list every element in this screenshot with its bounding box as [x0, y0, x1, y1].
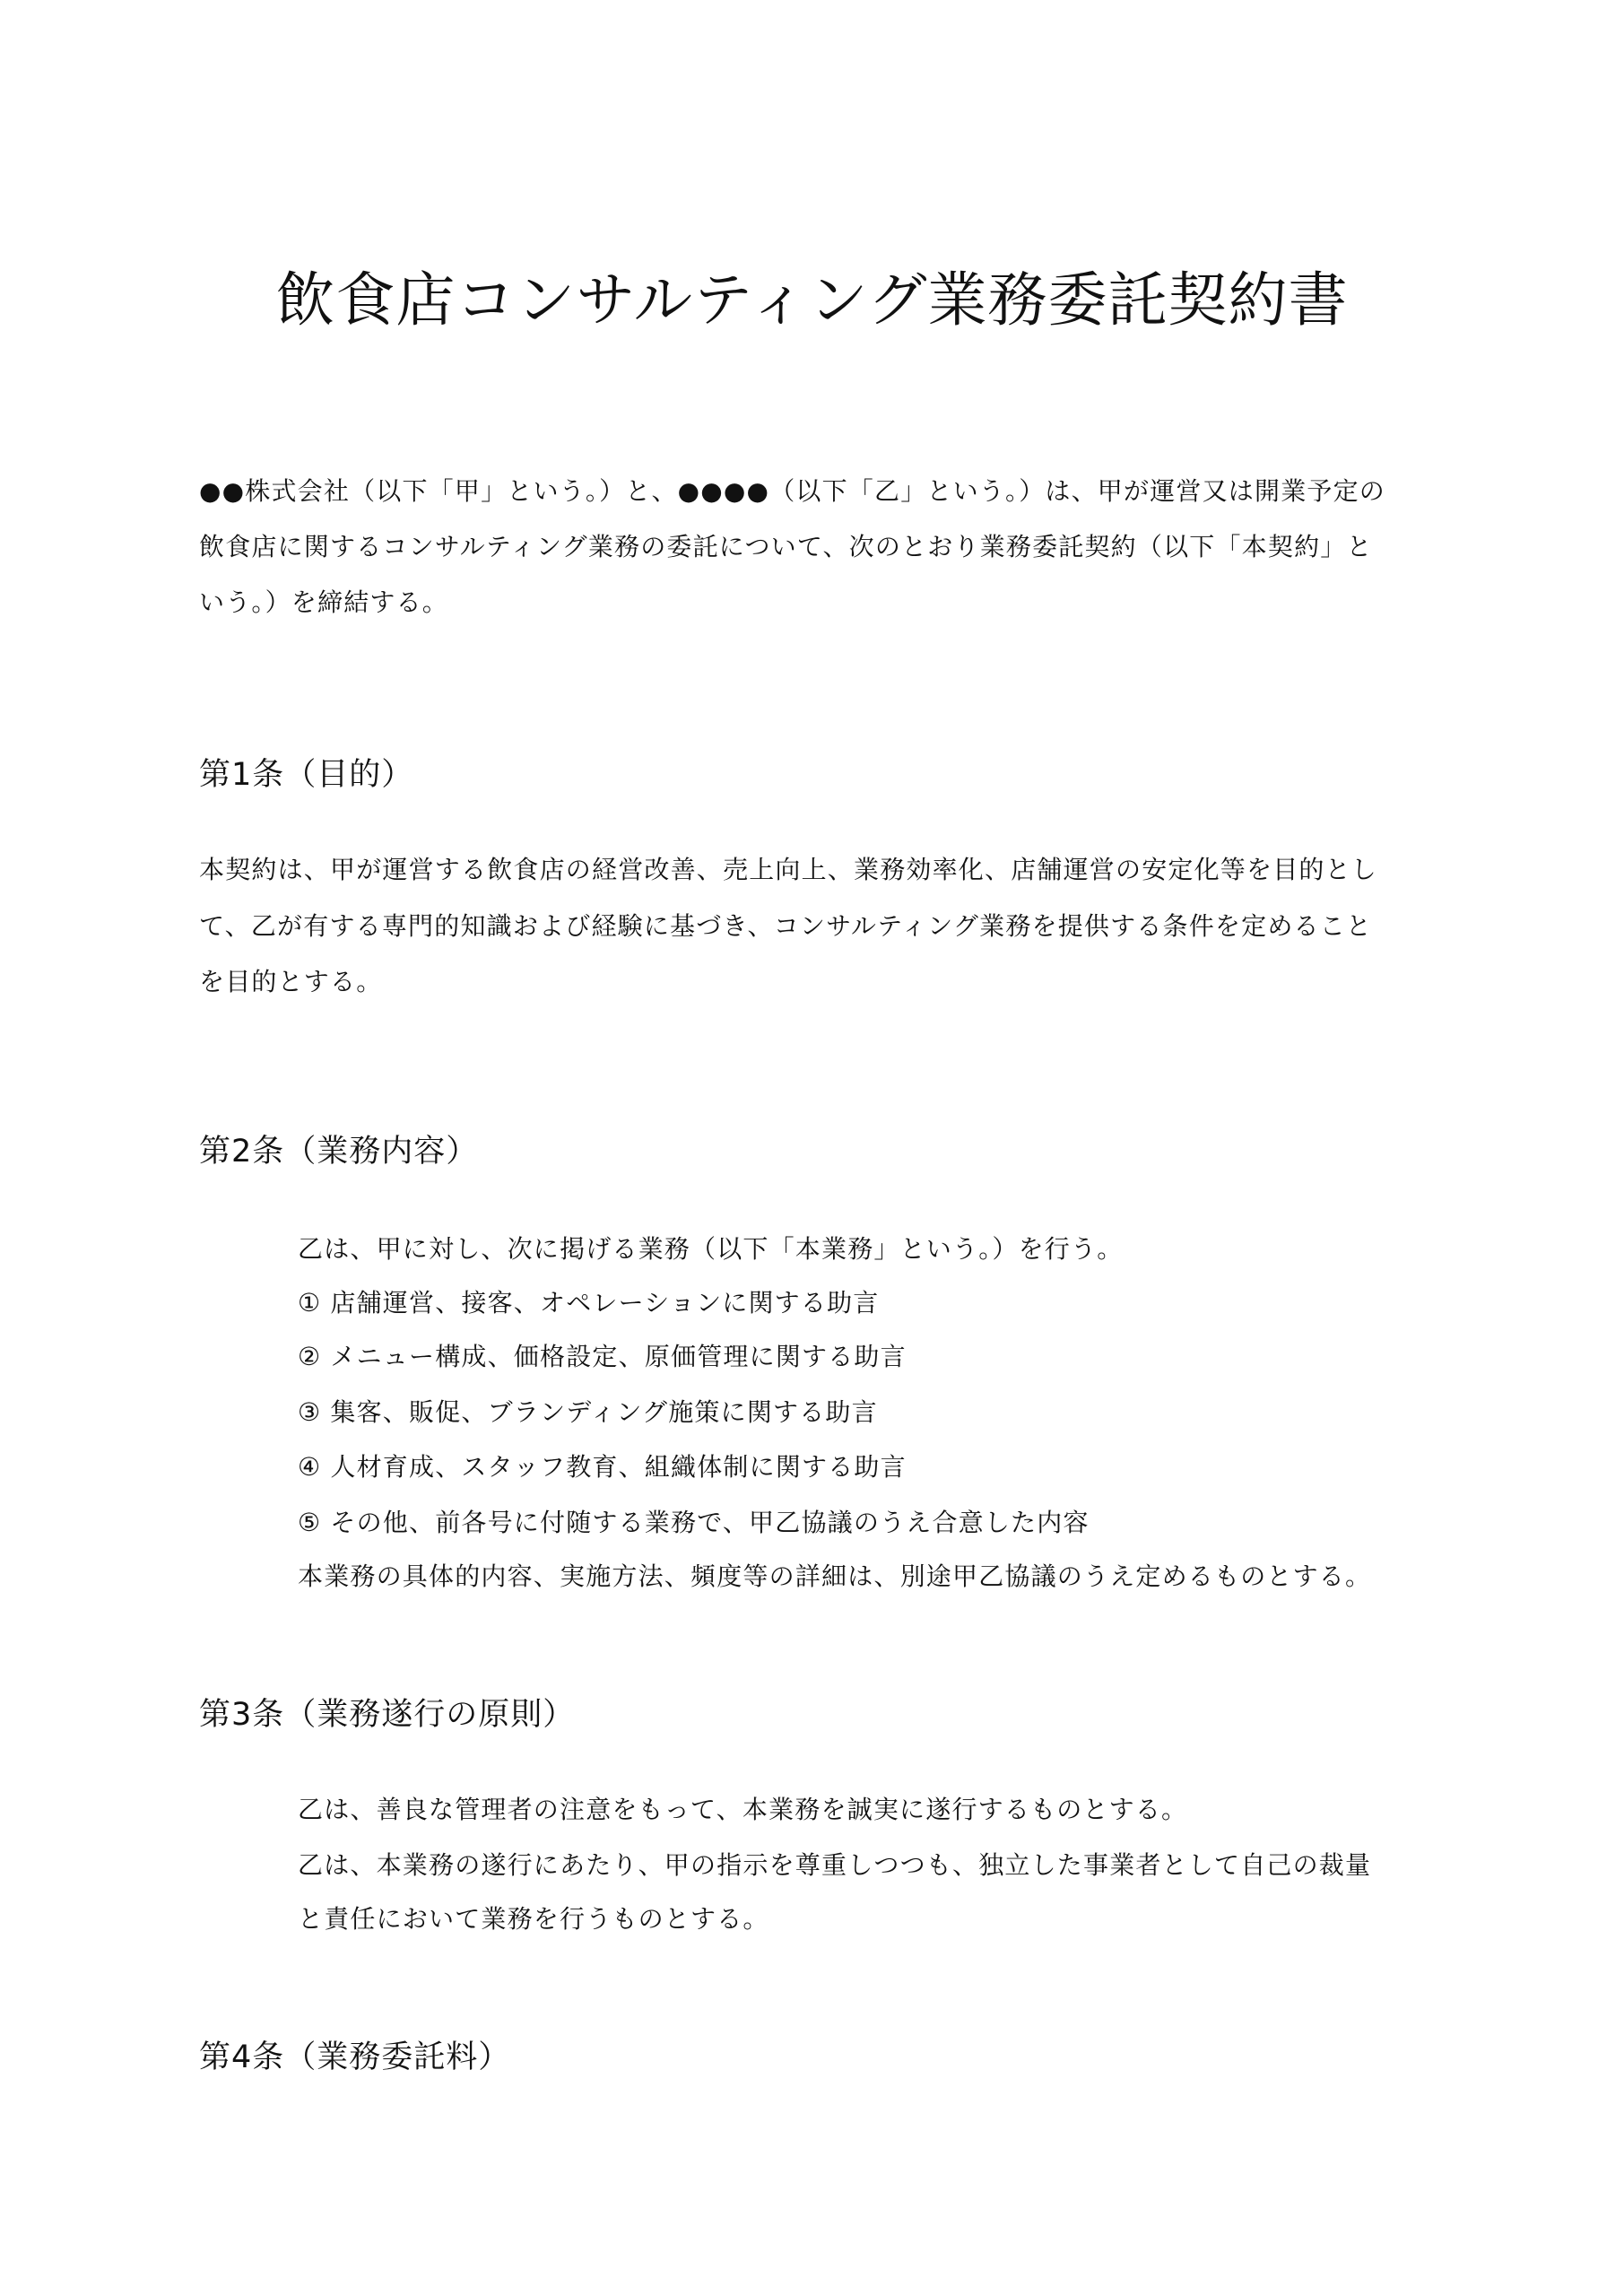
article-line: 乙は、甲に対し、次に掲げる業務（以下「本業務」という。）を行う。	[298, 1231, 1123, 1267]
list-item: ② メニュー構成、価格設定、原価管理に関する助言	[298, 1339, 907, 1375]
document-title: 飲食店コンサルティング業務委託契約書	[0, 260, 1624, 341]
preamble-line: いう。）を締結する。	[199, 585, 448, 621]
article-line: 本契約は、甲が運営する飲食店の経営改善、売上向上、業務効率化、店舗運営の安定化等…	[199, 852, 1377, 888]
article-line: 本業務の具体的内容、実施方法、頻度等の詳細は、別途甲乙協議のうえ定めるものとする…	[298, 1559, 1371, 1595]
article-line: と責任において業務を行うものとする。	[298, 1901, 769, 1937]
article-heading: 第1条（目的）	[199, 753, 413, 796]
article-line: を目的とする。	[199, 964, 382, 1000]
article-line: て、乙が有する専門的知識および経験に基づき、コンサルティング業務を提供する条件を…	[199, 909, 1372, 944]
article-heading: 第4条（業務委託料）	[199, 2036, 510, 2079]
article-heading: 第2条（業務内容）	[199, 1130, 478, 1173]
list-item: ① 店舗運営、接客、オペレーションに関する助言	[298, 1285, 880, 1321]
preamble-line: 飲食店に関するコンサルティング業務の委託について、次のとおり業務委託契約（以下「…	[199, 529, 1373, 565]
list-item: ⑤ その他、前各号に付随する業務で、甲乙協議のうえ合意した内容	[298, 1505, 1090, 1541]
article-line: 乙は、善良な管理者の注意をもって、本業務を誠実に遂行するものとする。	[298, 1792, 1187, 1828]
list-item: ④ 人材育成、スタッフ教育、組織体制に関する助言	[298, 1449, 907, 1485]
article-heading: 第3条（業務遂行の原則）	[199, 1693, 575, 1736]
preamble-line: ●●株式会社（以下「甲」という。）と、●●●●（以下「乙」という。）は、甲が運営…	[199, 474, 1385, 509]
list-item: ③ 集客、販促、ブランディング施策に関する助言	[298, 1395, 878, 1431]
article-line: 乙は、本業務の遂行にあたり、甲の指示を尊重しつつも、独立した事業者として自己の裁…	[298, 1848, 1371, 1883]
